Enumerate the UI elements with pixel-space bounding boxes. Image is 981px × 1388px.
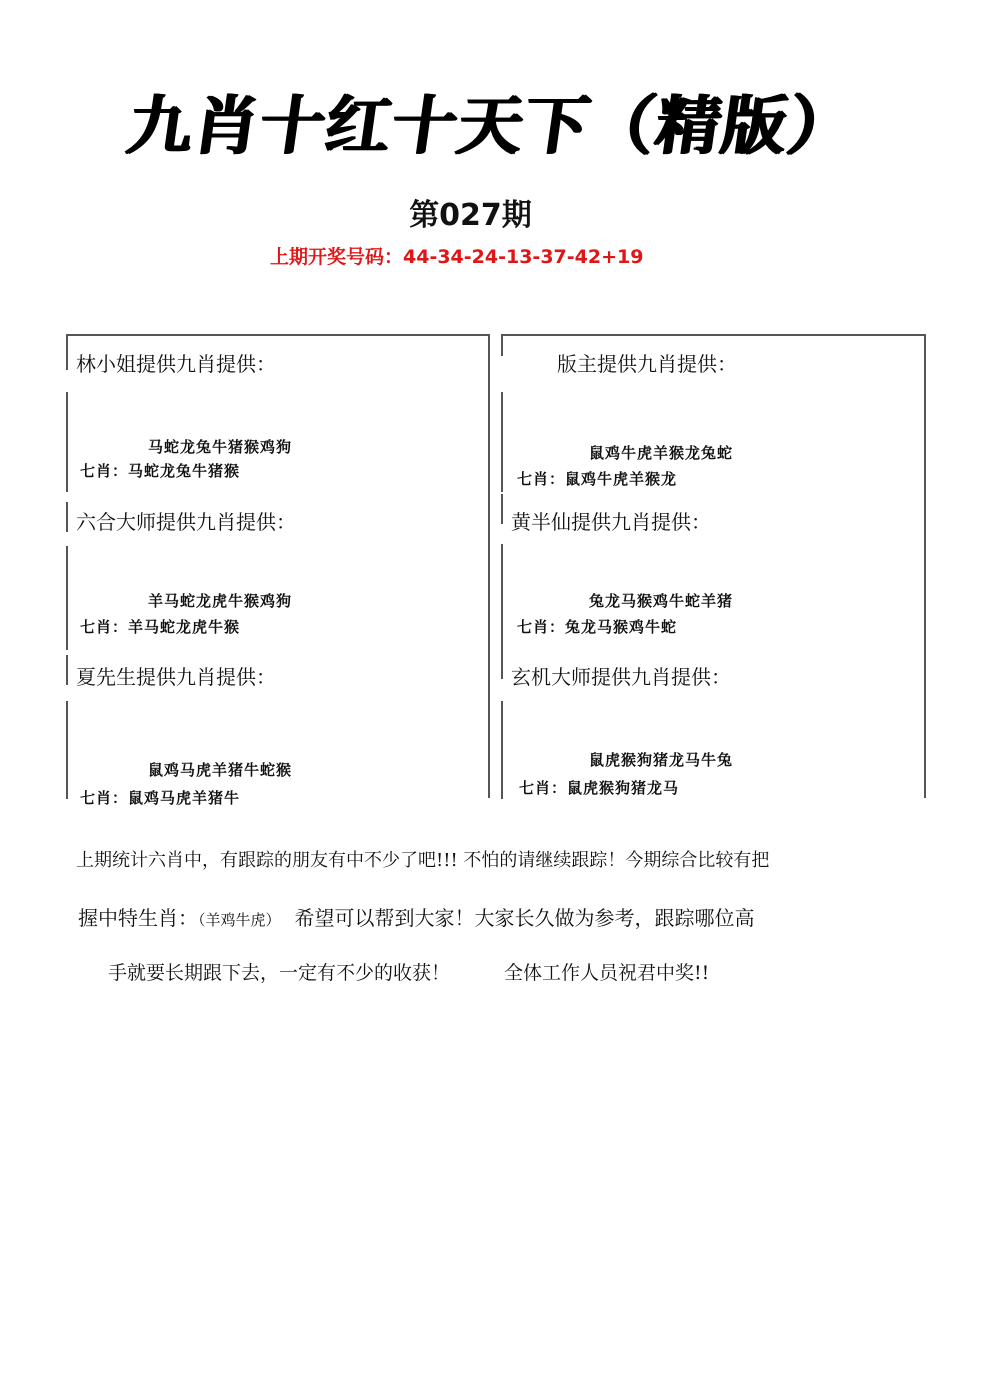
- box-left-border: [501, 701, 503, 799]
- box-left-border: [501, 334, 503, 356]
- box-heading: 黄半仙提供九肖提供：: [511, 506, 711, 535]
- seven-zodiac-row: 七肖：鼠鸡牛虎羊猴龙: [517, 468, 677, 489]
- prediction-box-3: 夏先生提供九肖提供： 鼠鸡马虎羊猪牛蛇猴 七肖：鼠鸡马虎羊猪牛: [66, 649, 490, 799]
- issue-number: 第027期: [409, 190, 532, 234]
- last-draw-line: 上期开奖号码：44-34-24-13-37-42+19: [270, 242, 643, 269]
- issue-number-row: 第027期: [0, 190, 981, 234]
- box-left-border: [501, 392, 503, 492]
- footer-line-3-lead: 手就要长期跟下去，一定有不少的收获！: [108, 962, 450, 984]
- footer-line-2-rest: 希望可以帮到大家！大家长久做为参考，跟踪哪位高: [295, 906, 755, 930]
- right-prediction-column: 版主提供九肖提供： 鼠鸡牛虎羊猴龙兔蛇 七肖：鼠鸡牛虎羊猴龙 黄半仙提供九肖提供…: [501, 334, 926, 798]
- box-left-border: [66, 655, 68, 685]
- prediction-box-2: 六合大师提供九肖提供： 羊马蛇龙虎牛猴鸡狗 七肖：羊马蛇龙虎牛猴: [66, 494, 490, 649]
- box-left-border: [66, 334, 68, 370]
- box-heading: 版主提供九肖提供：: [557, 348, 737, 377]
- nine-zodiac-list: 鼠虎猴狗猪龙马牛兔: [589, 749, 733, 770]
- box-heading: 夏先生提供九肖提供：: [76, 661, 276, 690]
- last-draw-label: 上期开奖号码：: [270, 246, 403, 268]
- box-left-border: [501, 544, 503, 650]
- prediction-box-6: 玄机大师提供九肖提供： 鼠虎猴狗猪龙马牛兔 七肖：鼠虎猴狗猪龙马: [501, 649, 926, 799]
- seven-zodiac-label: 七肖：: [80, 618, 128, 636]
- box-left-border: [66, 392, 68, 492]
- seven-zodiac-row: 七肖：兔龙马猴鸡牛蛇: [517, 616, 677, 637]
- last-draw-numbers: 44-34-24-13-37-42+19: [403, 246, 643, 268]
- prediction-box-5: 黄半仙提供九肖提供： 兔龙马猴鸡牛蛇羊猪 七肖：兔龙马猴鸡牛蛇: [501, 494, 926, 649]
- page-title: 九肖十红十天下（精版）: [122, 82, 825, 172]
- nine-zodiac-list: 兔龙马猴鸡牛蛇羊猪: [589, 590, 733, 611]
- prediction-box-4: 版主提供九肖提供： 鼠鸡牛虎羊猴龙兔蛇 七肖：鼠鸡牛虎羊猴龙: [501, 334, 926, 494]
- seven-zodiac-label: 七肖：: [517, 618, 565, 636]
- footer-line-1: 上期统计六肖中，有跟踪的朋友有中不少了吧!!! 不怕的请继续跟踪！今期综合比较有…: [76, 846, 769, 872]
- seven-zodiac-list: 鼠虎猴狗猪龙马: [567, 779, 679, 797]
- nine-zodiac-list: 鼠鸡牛虎羊猴龙兔蛇: [589, 442, 733, 463]
- footer-greeting: 全体工作人员祝君中奖!!: [504, 962, 709, 984]
- seven-zodiac-row: 七肖：鼠鸡马虎羊猪牛: [80, 787, 240, 808]
- footer-line-3: 手就要长期跟下去，一定有不少的收获！全体工作人员祝君中奖!!: [108, 958, 709, 985]
- seven-zodiac-list: 鼠鸡牛虎羊猴龙: [565, 470, 677, 488]
- seven-zodiac-list: 马蛇龙兔牛猪猴: [128, 462, 240, 480]
- left-prediction-column: 林小姐提供九肖提供： 马蛇龙兔牛猪猴鸡狗 七肖：马蛇龙兔牛猪猴 六合大师提供九肖…: [66, 334, 490, 798]
- seven-zodiac-label: 七肖：: [80, 462, 128, 480]
- box-left-border: [66, 546, 68, 650]
- nine-zodiac-list: 马蛇龙兔牛猪猴鸡狗: [148, 436, 292, 457]
- box-heading: 林小姐提供九肖提供：: [76, 348, 276, 377]
- nine-zodiac-list: 羊马蛇龙虎牛猴鸡狗: [148, 590, 292, 611]
- box-heading: 玄机大师提供九肖提供：: [511, 661, 731, 690]
- special-zodiac-pick: （羊鸡牛虎）: [198, 911, 281, 929]
- seven-zodiac-row: 七肖：鼠虎猴狗猪龙马: [519, 777, 679, 798]
- seven-zodiac-list: 羊马蛇龙虎牛猴: [128, 618, 240, 636]
- prediction-box-1: 林小姐提供九肖提供： 马蛇龙兔牛猪猴鸡狗 七肖：马蛇龙兔牛猪猴: [66, 334, 490, 494]
- seven-zodiac-list: 鼠鸡马虎羊猪牛: [128, 789, 240, 807]
- box-left-border: [501, 494, 503, 524]
- box-left-border: [66, 701, 68, 799]
- seven-zodiac-list: 兔龙马猴鸡牛蛇: [565, 618, 677, 636]
- seven-zodiac-label: 七肖：: [517, 470, 565, 488]
- box-left-border: [66, 502, 68, 532]
- box-heading: 六合大师提供九肖提供：: [76, 506, 296, 535]
- seven-zodiac-row: 七肖：羊马蛇龙虎牛猴: [80, 616, 240, 637]
- footer-line-2-lead: 握中特生肖：: [78, 906, 198, 930]
- box-left-border: [501, 649, 503, 679]
- seven-zodiac-label: 七肖：: [80, 789, 128, 807]
- footer-line-2: 握中特生肖：（羊鸡牛虎）希望可以帮到大家！大家长久做为参考，跟踪哪位高: [78, 902, 755, 931]
- nine-zodiac-list: 鼠鸡马虎羊猪牛蛇猴: [148, 759, 292, 780]
- seven-zodiac-row: 七肖：马蛇龙兔牛猪猴: [80, 460, 240, 481]
- seven-zodiac-label: 七肖：: [519, 779, 567, 797]
